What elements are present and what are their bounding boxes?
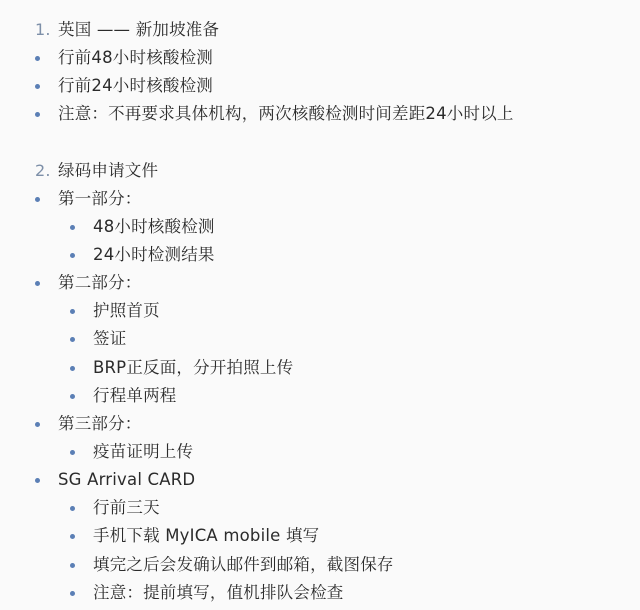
section-title: 绿码申请文件: [58, 157, 158, 185]
bullet-icon: [70, 563, 75, 568]
sub-list-item-text: 行前三天: [93, 494, 160, 522]
bullet-icon: [35, 112, 40, 117]
section-title: 英国 —— 新加坡准备: [58, 16, 219, 44]
sub-list-item-text: 行程单两程: [93, 382, 177, 410]
sub-list-item-text: 签证: [93, 325, 126, 353]
list-item-text: 第一部分：: [58, 185, 142, 213]
sub-list-item-text: BRP正反面，分开拍照上传: [93, 354, 293, 382]
bullet-icon: [70, 450, 75, 455]
sub-list-item-text: 填完之后会发确认邮件到邮箱，截图保存: [93, 551, 394, 579]
bullet-icon: [35, 56, 40, 61]
bullet-icon: [70, 337, 75, 342]
list-number: 2.: [35, 157, 51, 185]
bullet-icon: [35, 478, 40, 483]
bullet-icon: [70, 253, 75, 258]
list-item-text: 行前48小时核酸检测: [58, 44, 213, 72]
list-item-text: 注意：不再要求具体机构，两次核酸检测时间差距24小时以上: [58, 100, 514, 128]
sub-list-item-text: 注意：提前填写，值机排队会检查: [93, 579, 344, 607]
bullet-icon: [70, 366, 75, 371]
list-item-text: 第三部分：: [58, 410, 142, 438]
bullet-icon: [70, 591, 75, 596]
bullet-icon: [35, 84, 40, 89]
sub-list-item-text: 疫苗证明上传: [93, 438, 193, 466]
sub-list-item-text: 48小时核酸检测: [93, 213, 215, 241]
bullet-icon: [70, 225, 75, 230]
list-item-text: 行前24小时核酸检测: [58, 72, 213, 100]
bullet-icon: [70, 506, 75, 511]
bullet-icon: [35, 281, 40, 286]
bullet-icon: [35, 197, 40, 202]
document: 1. 英国 —— 新加坡准备 行前48小时核酸检测 行前24小时核酸检测 注意：…: [0, 0, 640, 610]
bullet-icon: [70, 394, 75, 399]
sub-list-item-text: 护照首页: [93, 297, 160, 325]
bullet-icon: [70, 309, 75, 314]
list-item-text: 第二部分：: [58, 269, 142, 297]
list-item-text: SG Arrival CARD: [58, 466, 195, 494]
list-number: 1.: [35, 16, 51, 44]
sub-list-item-text: 24小时检测结果: [93, 241, 215, 269]
bullet-icon: [35, 422, 40, 427]
bullet-icon: [70, 534, 75, 539]
sub-list-item-text: 手机下载 MyICA mobile 填写: [93, 522, 319, 550]
